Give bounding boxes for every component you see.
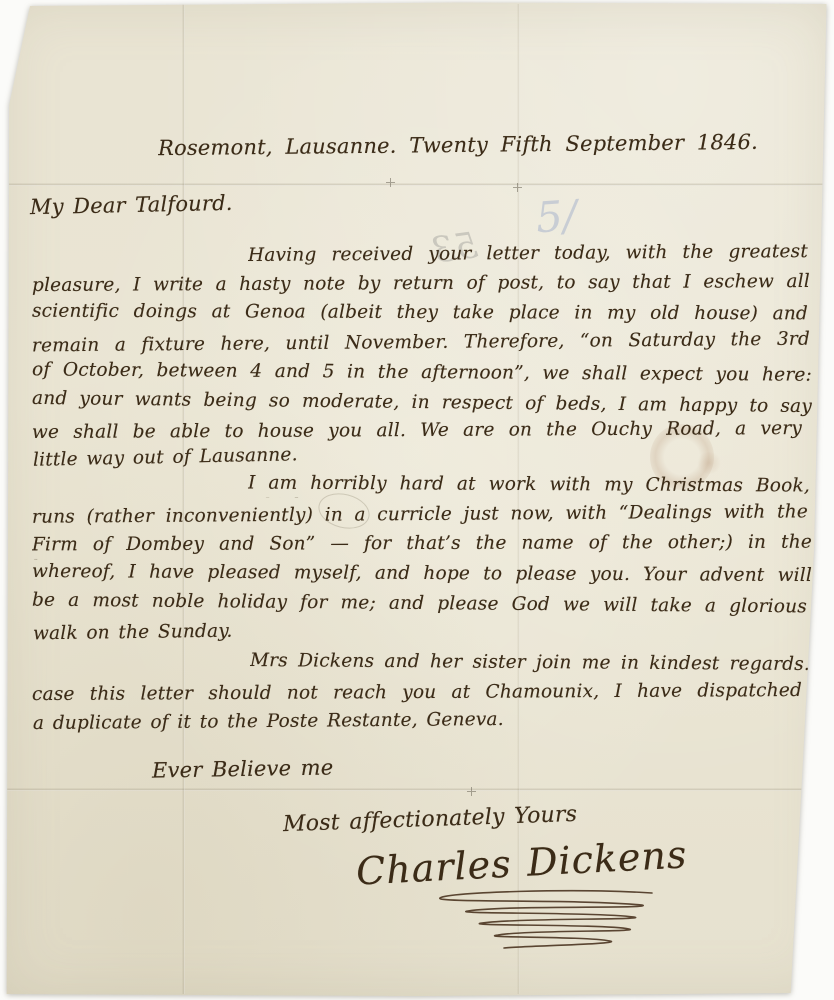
letter-line: walk on the Sunday. xyxy=(33,620,233,646)
ink-stain-small xyxy=(696,452,722,474)
letter-closing-line: Most affectionately Yours xyxy=(283,801,578,839)
corner-crease xyxy=(0,41,15,143)
letter-line: Having received your letter today, with … xyxy=(248,240,808,270)
letter-line: pleasure, I write a hasty note by return… xyxy=(32,270,810,300)
letter-line: I am horribly hard at work with my Chris… xyxy=(248,472,810,501)
paper-shadow: 53 5/ Rosemont, Lausanne. Twenty Fifth S… xyxy=(0,0,834,1000)
letter-line: and your wants being so moderate, in res… xyxy=(32,387,812,421)
letter-line: a duplicate of it to the Poste Restante,… xyxy=(33,708,504,735)
signature-flourish xyxy=(426,889,658,953)
fold-cross-mark xyxy=(513,183,522,192)
fold-cross-mark xyxy=(467,787,476,796)
show-through-mark-blue: 5/ xyxy=(534,191,578,243)
letter-line: Firm of Dombey and Son” — for that’s the… xyxy=(32,531,812,560)
letter-line: runs (rather inconveniently) in a curric… xyxy=(32,500,808,531)
signature: Charles Dickens xyxy=(355,831,689,896)
letter-line: case this letter should not reach you at… xyxy=(32,679,802,709)
letter-line: scientific doings at Genoa (albeit they … xyxy=(32,300,808,329)
letter-line: of October, between 4 and 5 in the after… xyxy=(32,358,812,389)
letter-salutation: My Dear Talfourd. xyxy=(30,190,233,220)
letter-line: be a most noble holiday for me; and plea… xyxy=(32,589,807,622)
letter-line: whereof, I have pleased myself, and hope… xyxy=(32,560,812,590)
letter-dateline: Rosemont, Lausanne. Twenty Fifth Septemb… xyxy=(158,129,758,161)
letter-line: little way out of Lausanne. xyxy=(33,443,298,472)
fold-line-horizontal-upper xyxy=(6,183,824,186)
letter-line: we shall be able to house you all. We ar… xyxy=(32,417,802,447)
fold-line-horizontal-lower xyxy=(6,788,824,791)
letter-line: remain a fixture here, until November. T… xyxy=(32,328,810,361)
letter-scan: 53 5/ Rosemont, Lausanne. Twenty Fifth S… xyxy=(0,0,834,1000)
fold-cross-mark xyxy=(386,178,395,187)
letter-paper: 53 5/ Rosemont, Lausanne. Twenty Fifth S… xyxy=(0,0,834,1000)
letter-line: Mrs Dickens and her sister join me in ki… xyxy=(250,649,810,679)
letter-closing-line: Ever Believe me xyxy=(152,754,334,783)
